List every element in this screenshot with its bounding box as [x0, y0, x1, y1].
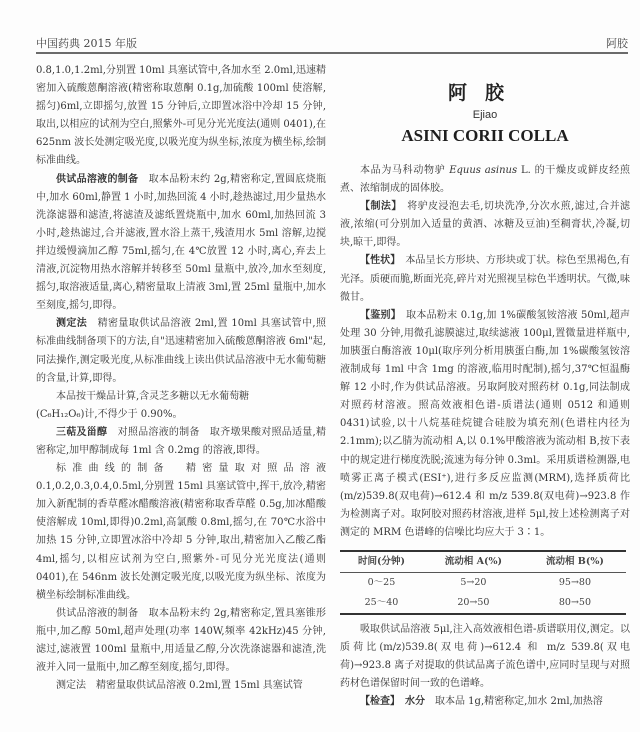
document-page: 中国药典 2015 年版 阿胶 0.8,1.0,1.2ml,分别置 10ml 具…	[0, 0, 640, 732]
subsection-label: 水分	[395, 696, 425, 707]
section-identification: 【鉴别】 取本品粉末 0.1g,加 1%碳酸氢铵溶液 50ml,超声处理 30 …	[340, 307, 630, 542]
column-header: 时间(分钟)	[340, 551, 423, 573]
monograph-title-pinyin: Ejiao	[340, 106, 630, 124]
table-row: 25～40 20→50 80→50	[340, 593, 626, 614]
paragraph-after-table: 吸取供试品溶液 5μl,注入高效液相色谱-质谱联用仪,测定。以质荷比(m/z)5…	[340, 621, 630, 693]
table-cell: 80→50	[524, 593, 626, 614]
section-label: 【性状】	[360, 255, 395, 266]
paragraph: 三萜及甾醇 对照品溶液的制备 取齐墩果酸对照品适量,精密称定,加甲醇制成每 1m…	[36, 424, 326, 460]
section-description: 【性状】 本品呈长方形块、方形块或丁状。棕色至黑褐色,有光泽。质硬而脆,断面光亮…	[340, 252, 630, 306]
monograph-title-chinese: 阿胶	[340, 80, 630, 106]
paragraph-lead: 测定法	[56, 318, 87, 329]
table-row: 0～25 5→20 95→80	[340, 572, 626, 593]
header-entry-name: 阿胶	[606, 35, 628, 51]
table-cell: 25～40	[340, 593, 423, 614]
paragraph: 本品按干燥品计算,含灵芝多糖以无水葡萄糖	[36, 388, 326, 406]
section-label: 【检查】	[360, 696, 395, 707]
paragraph: 测定法 精密量取供试品溶液 0.2ml,置 15ml 具塞试管	[36, 677, 326, 695]
paragraph: 供试品溶液的制备 取本品粉末约 2g,精密称定,置具塞锥形瓶中,加乙醇 50ml…	[36, 605, 326, 677]
table-cell: 95→80	[524, 572, 626, 593]
column-header: 流动相 A(%)	[423, 551, 524, 573]
paragraph-formula: (C₆H₁₂O₆)计,不得少于 0.90%。	[36, 406, 326, 424]
gradient-table: 时间(分钟) 流动相 A(%) 流动相 B(%) 0～25 5→20 95→80…	[340, 550, 626, 615]
monograph-title-latin: ASINI CORII COLLA	[340, 124, 630, 148]
section-preparation: 【制法】 将驴皮浸泡去毛,切块洗净,分次水煎,滤过,合并滤液,浓缩(可分别加入适…	[340, 198, 630, 252]
table-cell: 20→50	[423, 593, 524, 614]
header-book-title: 中国药典 2015 年版	[36, 35, 137, 51]
paragraph: 测定法 精密量取供试品溶液 2ml,置 10ml 具塞试管中,照标准曲线制备项下…	[36, 315, 326, 387]
paragraph: 标准曲线的制备 精密量取对照品溶液 0.1,0.2,0.3,0.4,0.5ml,…	[36, 460, 326, 605]
table-cell: 0～25	[340, 572, 423, 593]
header-rule	[36, 52, 628, 54]
table-header-row: 时间(分钟) 流动相 A(%) 流动相 B(%)	[340, 551, 626, 573]
paragraph: 供试品溶液的制备 取本品粉末约 2g,精密称定,置圆底烧瓶中,加水 60ml,静…	[36, 171, 326, 316]
right-column: 阿胶 Ejiao ASINI CORII COLLA 本品为马科动物驴 Equu…	[340, 62, 630, 711]
section-inspection: 【检查】 水分 取本品 1g,精密称定,加水 2ml,加热溶	[340, 693, 630, 711]
species-name: Equus asinus	[449, 165, 517, 176]
section-label: 【鉴别】	[360, 310, 396, 321]
column-header: 流动相 B(%)	[524, 551, 626, 573]
paragraph-lead: 供试品溶液的制备	[56, 174, 138, 185]
paragraph: 0.8,1.0,1.2ml,分别置 10ml 具塞试管中,各加水至 2.0ml,…	[36, 62, 326, 171]
monograph-intro: 本品为马科动物驴 Equus asinus L. 的干燥皮或鲜皮经煎煮、浓缩制成…	[340, 162, 630, 198]
table-cell: 5→20	[423, 572, 524, 593]
paragraph-lead: 三萜及甾醇	[56, 427, 107, 438]
running-header: 中国药典 2015 年版 阿胶	[36, 33, 628, 51]
section-label: 【制法】	[360, 201, 397, 212]
left-column: 0.8,1.0,1.2ml,分别置 10ml 具塞试管中,各加水至 2.0ml,…	[36, 62, 326, 695]
